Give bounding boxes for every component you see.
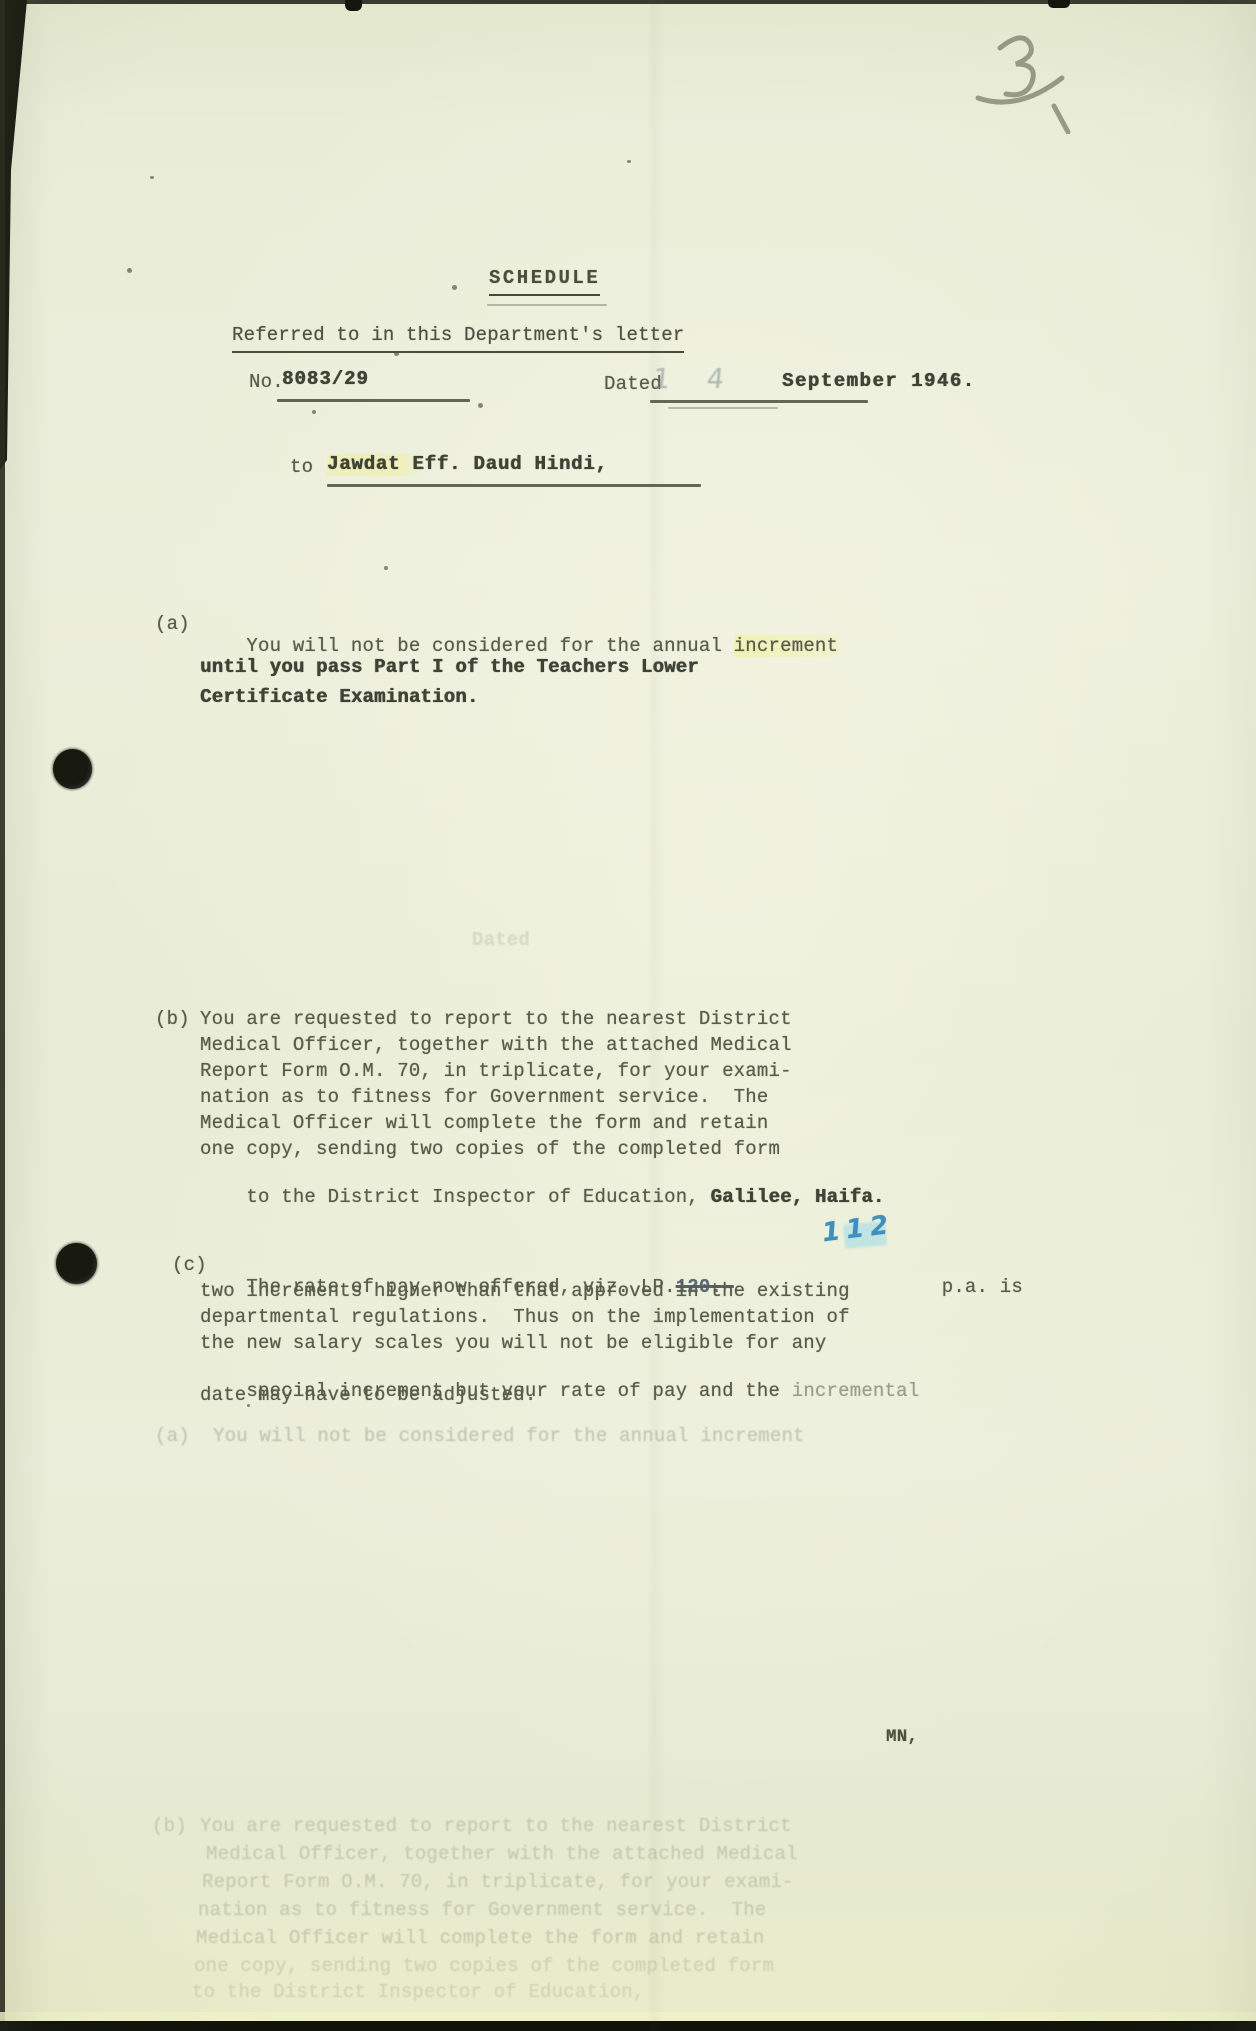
ref-date-underline-2 <box>668 407 778 409</box>
para-b-line: one copy, sending two copies of the comp… <box>200 1139 780 1161</box>
scan-top-blob <box>345 0 362 11</box>
scanned-document-page: SCHEDULE Referred to in this Department'… <box>0 0 1256 2031</box>
para-a-highlighted-word: increment <box>734 635 838 657</box>
para-b-line: Medical Officer will complete the form a… <box>200 1113 769 1135</box>
para-b-line: You are requested to report to the neare… <box>200 1009 792 1031</box>
punch-hole-bottom <box>56 1243 97 1284</box>
ref-no-label: No. <box>249 372 284 394</box>
scan-bottom-band <box>0 2021 1256 2031</box>
to-underline <box>327 484 701 487</box>
dust-speck <box>478 403 483 408</box>
para-a-line-3: Certificate Examination. <box>200 687 478 709</box>
para-a-line-2: until you pass Part I of the Teachers Lo… <box>200 657 699 679</box>
doc-subtitle: Referred to in this Department's letter <box>232 325 684 353</box>
ghost-para-b-line: one copy, sending two copies of the comp… <box>194 1956 774 1978</box>
para-b-location-stamp: Galilee, Haifa. <box>711 1186 885 1208</box>
scan-edge-left <box>0 0 5 2031</box>
ref-date-value: September 1946. <box>782 371 976 393</box>
para-b-last-text: to the District Inspector of Education, <box>246 1186 710 1208</box>
ref-date-underline <box>650 400 868 403</box>
doc-title: SCHEDULE <box>489 268 600 296</box>
ghost-para-b-line: Report Form O.M. 70, in triplicate, for … <box>202 1872 794 1894</box>
para-c-line: the new salary scales you will not be el… <box>200 1333 827 1355</box>
dust-speck <box>384 566 388 570</box>
punch-hole-top <box>53 749 92 789</box>
para-c-line-6: date may have to be adjusted. <box>200 1385 536 1407</box>
para-a-line-1-text: You will not be considered for the annua… <box>246 635 733 657</box>
para-b-line: Medical Officer, together with the attac… <box>200 1035 792 1057</box>
ghost-para-b-line: Medical Officer will complete the form a… <box>196 1928 765 1950</box>
to-value: Jawdat Eff. Daud Hindi, <box>327 454 608 476</box>
ref-date-stamp: 1 4 <box>651 364 739 395</box>
ghost-para-b-label: (b) <box>152 1816 187 1838</box>
para-b-line: Report Form O.M. 70, in triplicate, for … <box>200 1061 792 1083</box>
to-label: to <box>290 457 313 479</box>
ref-no-value: 8083/29 <box>282 369 369 391</box>
ghost-para-b-line: nation as to fitness for Government serv… <box>198 1900 767 1922</box>
signature-initials: MN, <box>886 1727 918 1747</box>
dust-speck <box>452 285 457 290</box>
para-c-faded-word: incremental <box>792 1380 920 1402</box>
para-b-line: nation as to fitness for Government serv… <box>200 1087 769 1109</box>
doc-title-underline-2 <box>487 304 607 306</box>
ghost-line-a: (a) You will not be considered for the a… <box>155 1426 805 1448</box>
para-b-label: (b) <box>155 1009 190 1031</box>
pencil-page-number-mark <box>962 14 1092 134</box>
ghost-dated-stamp: Dated <box>472 930 530 952</box>
ghost-para-b-line: You are requested to report to the neare… <box>200 1816 792 1838</box>
dust-speck <box>627 160 631 163</box>
ghost-para-b-line: to the District Inspector of Education, <box>192 1982 644 2004</box>
scan-top-blob-right <box>1048 0 1070 8</box>
dust-speck <box>312 410 316 414</box>
dust-speck <box>127 268 132 273</box>
para-c-line-1-suffix: p.a. is <box>942 1276 1023 1298</box>
para-a-label: (a) <box>155 614 190 636</box>
dust-speck <box>150 176 154 179</box>
ref-no-underline <box>277 399 470 402</box>
para-c-line: two increments higher than that approved… <box>200 1281 850 1303</box>
para-b-line-last: to the District Inspector of Education, … <box>200 1165 885 1231</box>
para-c-line: departmental regulations. Thus on the im… <box>200 1307 850 1329</box>
ghost-para-b-line: Medical Officer, together with the attac… <box>206 1844 798 1866</box>
